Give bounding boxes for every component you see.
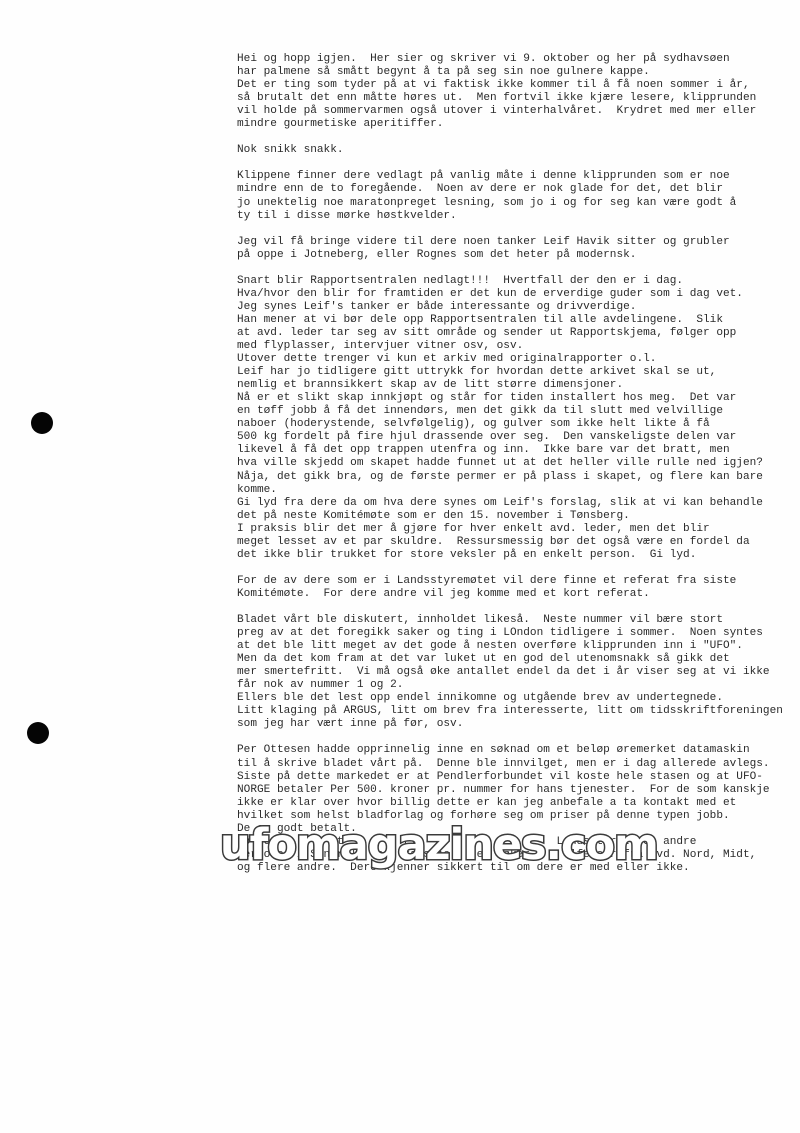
letter-line bbox=[237, 157, 797, 170]
letter-line: Han mener at vi bør dele opp Rapportsent… bbox=[237, 314, 797, 327]
punch-hole-top bbox=[31, 412, 53, 434]
letter-line bbox=[237, 262, 797, 275]
typewritten-letter-body: Hei og hopp igjen. Her sier og skriver v… bbox=[237, 53, 797, 875]
letter-line: med flyplasser, intervjuer vitner osv, o… bbox=[237, 340, 797, 353]
letter-line: det på neste Komitémøte som er den 15. n… bbox=[237, 510, 797, 523]
letter-line: Per Ottesen hadde opprinnelig inne en sø… bbox=[237, 744, 797, 757]
letter-line: likevel å få det opp trappen utenfra og … bbox=[237, 444, 797, 457]
letter-line: komme. bbox=[237, 484, 797, 497]
letter-line: preg av at det foregikk saker og ting i … bbox=[237, 627, 797, 640]
letter-line: Snart blir Rapportsentralen nedlagt!!! H… bbox=[237, 275, 797, 288]
letter-line bbox=[237, 601, 797, 614]
letter-line: har palmene så smått begynt å ta på seg … bbox=[237, 66, 797, 79]
letter-line: Det er ting som tyder på at vi faktisk i… bbox=[237, 79, 797, 92]
letter-line: at avd. leder tar seg av sitt område og … bbox=[237, 327, 797, 340]
letter-line bbox=[237, 731, 797, 744]
letter-line: Leif har jo tidligere gitt uttrykk for h… bbox=[237, 366, 797, 379]
letter-line: en tøff jobb å få det innendørs, men det… bbox=[237, 405, 797, 418]
letter-line: Nå er et slikt skap innkjøpt og står for… bbox=[237, 392, 797, 405]
letter-line: For de av dere som er i Landsstyremøtet … bbox=[237, 575, 797, 588]
letter-line: Hva/hvor den blir for framtiden er det k… bbox=[237, 288, 797, 301]
letter-line: Litt klaging på ARGUS, litt om brev fra … bbox=[237, 705, 797, 718]
letter-line: mer smertefritt. Vi må også øke antallet… bbox=[237, 666, 797, 679]
letter-line: Jeg vil få bringe videre til dere noen t… bbox=[237, 236, 797, 249]
letter-line: Ellers ble det lest opp endel innikomne … bbox=[237, 692, 797, 705]
letter-line: Klippene finner dere vedlagt på vanlig m… bbox=[237, 170, 797, 183]
letter-line: Bladet vårt ble diskutert, innholdet lik… bbox=[237, 614, 797, 627]
letter-line: Hei og hopp igjen. Her sier og skriver v… bbox=[237, 53, 797, 66]
letter-line: ty til i disse mørke høstkvelder. bbox=[237, 210, 797, 223]
letter-line: NORGE betaler Per 500. kroner pr. nummer… bbox=[237, 784, 797, 797]
letter-line: Men da det kom fram at det var luket ut … bbox=[237, 653, 797, 666]
letter-line: mindre enn de to foregående. Noen av der… bbox=[237, 183, 797, 196]
letter-line: som jeg har vært inne på før, osv. bbox=[237, 718, 797, 731]
letter-line bbox=[237, 562, 797, 575]
letter-line: så brutalt det enn måtte høres ut. Men f… bbox=[237, 92, 797, 105]
site-watermark: ufomagazines.com bbox=[220, 822, 658, 868]
letter-line: mindre gourmetiske aperitiffer. bbox=[237, 118, 797, 131]
letter-line: på oppe i Jotneberg, eller Rognes som de… bbox=[237, 249, 797, 262]
letter-line: til å skrive bladet vårt på. Denne ble i… bbox=[237, 758, 797, 771]
letter-line: at det ble litt meget av det gode å nest… bbox=[237, 640, 797, 653]
letter-line: Siste på dette markedet er at Pendlerfor… bbox=[237, 771, 797, 784]
letter-line: Gi lyd fra dere da om hva dere synes om … bbox=[237, 497, 797, 510]
letter-line: jo unektelig noe maratonpreget lesning, … bbox=[237, 197, 797, 210]
letter-line: naboer (hoderystende, selvfølgelig), og … bbox=[237, 418, 797, 431]
letter-line: Utover dette trenger vi kun et arkiv med… bbox=[237, 353, 797, 366]
letter-line bbox=[237, 131, 797, 144]
letter-line: I praksis blir det mer å gjøre for hver … bbox=[237, 523, 797, 536]
punch-hole-bottom bbox=[27, 722, 49, 744]
letter-line: nemlig et brannsikkert skap av de litt s… bbox=[237, 379, 797, 392]
letter-line: 500 kg fordelt på fire hjul drassende ov… bbox=[237, 431, 797, 444]
letter-line bbox=[237, 223, 797, 236]
letter-line: det ikke blir trukket for store veksler … bbox=[237, 549, 797, 562]
letter-line: Nåja, det gikk bra, og de første permer … bbox=[237, 471, 797, 484]
letter-line: får nok av nummer 1 og 2. bbox=[237, 679, 797, 692]
letter-line: vil holde på sommervarmen også utover i … bbox=[237, 105, 797, 118]
letter-line: ikke er klar over hvor billig dette er k… bbox=[237, 797, 797, 810]
letter-line: Komitémøte. For dere andre vil jeg komme… bbox=[237, 588, 797, 601]
letter-line: Nok snikk snakk. bbox=[237, 144, 797, 157]
letter-line: meget lesset av et par skuldre. Ressursm… bbox=[237, 536, 797, 549]
scanned-letter-page: Hei og hopp igjen. Her sier og skriver v… bbox=[0, 0, 800, 1133]
letter-line: hva ville skjedd om skapet hadde funnet … bbox=[237, 457, 797, 470]
letter-line: Jeg synes Leif's tanker er både interess… bbox=[237, 301, 797, 314]
